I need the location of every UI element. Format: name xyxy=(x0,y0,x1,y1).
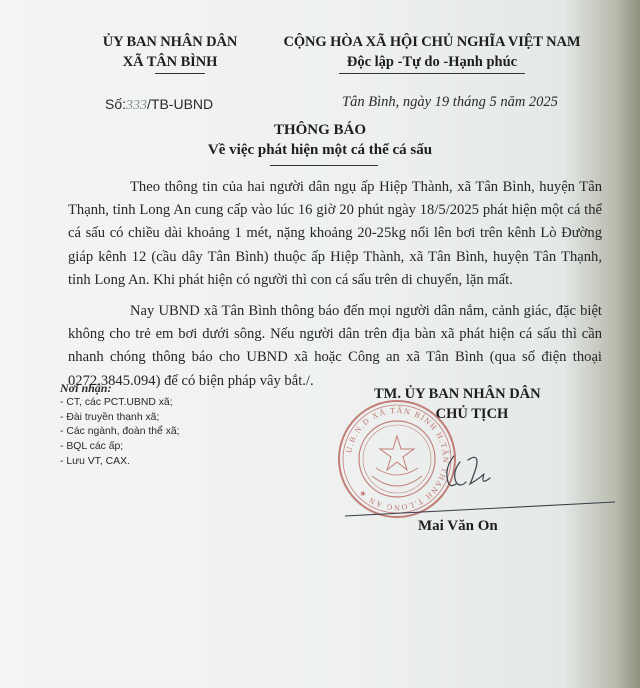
document-page: ỦY BAN NHÂN DÂN XÃ TÂN BÌNH CỘNG HÒA XÃ … xyxy=(0,0,640,688)
title-underline xyxy=(270,165,378,166)
authority-line-1: ỦY BAN NHÂN DÂN xyxy=(70,32,270,52)
document-subject: Về việc phát hiện một cá thể cá sấu xyxy=(0,140,640,160)
nation-name: CỘNG HÒA XÃ HỘI CHỦ NGHĨA VIỆT NAM xyxy=(262,32,602,52)
authority-underline xyxy=(155,73,205,74)
recipient-item: - Các ngành, đoàn thể xã; xyxy=(60,425,180,440)
issuing-authority: ỦY BAN NHÂN DÂN XÃ TÂN BÌNH xyxy=(70,32,270,74)
document-title-block: THÔNG BÁO Về việc phát hiện một cá thể c… xyxy=(0,120,640,166)
doc-number-prefix: Số: xyxy=(105,96,126,112)
document-type: THÔNG BÁO xyxy=(0,120,640,140)
motto-underline xyxy=(339,73,525,74)
body-paragraph: Nay UBND xã Tân Bình thông báo đến mọi n… xyxy=(68,300,602,393)
national-header: CỘNG HÒA XÃ HỘI CHỦ NGHĨA VIỆT NAM Độc l… xyxy=(262,32,602,74)
handwritten-signature-icon xyxy=(440,448,510,493)
authority-line-2: XÃ TÂN BÌNH xyxy=(70,52,270,72)
doc-number-value: 333 xyxy=(126,98,147,113)
recipient-item: - CT, các PCT.UBND xã; xyxy=(60,396,180,411)
signature-stroke-line xyxy=(345,500,615,520)
recipients-label: Nơi nhận: xyxy=(60,381,180,396)
document-number: Số:333/TB-UBND xyxy=(105,96,213,114)
recipient-item: - BQL các ấp; xyxy=(60,440,180,455)
recipients-list: Nơi nhận: - CT, các PCT.UBND xã; - Đài t… xyxy=(60,381,180,470)
recipient-item: - Lưu VT, CAX. xyxy=(60,455,180,470)
signer-position: CHỦ TỊCH xyxy=(362,404,562,424)
signature-block: TM. ỦY BAN NHÂN DÂN CHỦ TỊCH xyxy=(362,384,562,424)
doc-number-suffix: /TB-UBND xyxy=(147,96,213,112)
recipient-item: - Đài truyền thanh xã; xyxy=(60,411,180,426)
national-motto: Độc lập -Tự do -Hạnh phúc xyxy=(347,52,517,72)
place-and-date: Tân Bình, ngày 19 tháng 5 năm 2025 xyxy=(300,94,600,111)
signer-name: Mai Văn On xyxy=(418,518,498,535)
document-body: Theo thông tin của hai người dân ngụ ấp … xyxy=(68,176,602,401)
on-behalf-of: TM. ỦY BAN NHÂN DÂN xyxy=(362,384,562,404)
body-paragraph: Theo thông tin của hai người dân ngụ ấp … xyxy=(68,176,602,292)
